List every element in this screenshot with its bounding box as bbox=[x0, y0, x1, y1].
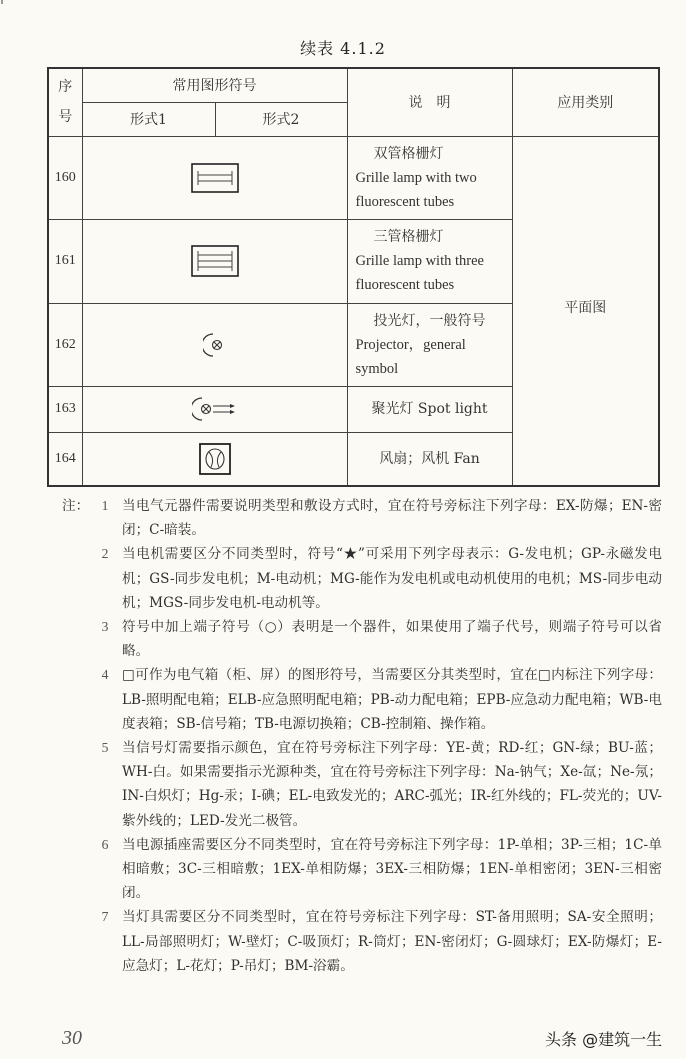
note-text: □可作为电气箱（柜、屏）的图形符号，当需要区分其类型时，宜在□内标注下列字母：L… bbox=[122, 663, 662, 736]
projector-lamp-icon bbox=[83, 331, 347, 359]
header-form2: 形式2 bbox=[215, 102, 347, 136]
note-number: 3 bbox=[98, 615, 112, 639]
note-item: 5 当信号灯需要指示颜色，宜在符号旁标注下列字母：YE-黄；RD-红；GN-绿；… bbox=[62, 736, 662, 833]
note-number: 2 bbox=[98, 542, 112, 566]
note-item: 注： 1 当电气元器件需要说明类型和敷设方式时，宜在符号旁标注下列字母：EX-防… bbox=[62, 494, 662, 542]
note-number: 1 bbox=[98, 494, 112, 518]
row-description: 投光灯，一般符号 Projector，general symbol bbox=[347, 303, 512, 386]
row-number: 161 bbox=[48, 219, 82, 303]
note-text: 当信号灯需要指示颜色，宜在符号旁标注下列字母：YE-黄；RD-红；GN-绿；BU… bbox=[122, 736, 662, 833]
header-symbols: 常用图形符号 bbox=[82, 68, 347, 102]
header-seq-line2: 号 bbox=[58, 109, 72, 125]
note-number: 5 bbox=[98, 736, 112, 760]
note-text: 符号中加上端子符号（○）表明是一个器件，如果使用了端子代号，则端子符号可以省略。 bbox=[122, 615, 662, 663]
row-description: 聚光灯 Spot light bbox=[347, 386, 512, 432]
desc-english-line1: Grille lamp with three bbox=[356, 249, 512, 273]
spot-light-icon bbox=[83, 395, 347, 423]
watermark: 头条 @建筑一生 bbox=[545, 1027, 662, 1050]
row-description: 三管格栅灯 Grille lamp with three fluorescent… bbox=[347, 219, 512, 303]
header-form1: 形式1 bbox=[82, 102, 215, 136]
table-row: 160 双管格栅灯 Grille lamp with two fluoresce… bbox=[48, 136, 659, 219]
note-text: 当电机需要区分不同类型时，符号“★”可采用下列字母表示：G-发电机；GP-永磁发… bbox=[122, 542, 662, 615]
note-item: 6 当电源插座需要区分不同类型时，宜在符号旁标注下列字母：1P-单相；3P-三相… bbox=[62, 833, 662, 906]
desc-chinese: 投光灯，一般符号 bbox=[356, 309, 512, 333]
table-title: 续表 4.1.2 bbox=[0, 36, 686, 59]
note-item: 4 □可作为电气箱（柜、屏）的图形符号，当需要区分其类型时，宜在□内标注下列字母… bbox=[62, 663, 662, 736]
note-item: 3 符号中加上端子符号（○）表明是一个器件，如果使用了端子代号，则端子符号可以省… bbox=[62, 615, 662, 663]
note-number: 6 bbox=[98, 833, 112, 857]
row-number: 162 bbox=[48, 303, 82, 386]
note-text: 当电源插座需要区分不同类型时，宜在符号旁标注下列字母：1P-单相；3P-三相；1… bbox=[122, 833, 662, 906]
row-description: 风扇；风机 Fan bbox=[347, 432, 512, 486]
note-item: 2 当电机需要区分不同类型时，符号“★”可采用下列字母表示：G-发电机；GP-永… bbox=[62, 542, 662, 615]
note-number: 4 bbox=[98, 663, 112, 687]
note-item: 7 当灯具需要区分不同类型时，宜在符号旁标注下列字母：ST-备用照明；SA-安全… bbox=[62, 905, 662, 978]
header-description: 说 明 bbox=[347, 68, 512, 136]
page-number: 30 bbox=[62, 1027, 82, 1050]
desc-chinese: 双管格栅灯 bbox=[356, 142, 512, 166]
row-number: 160 bbox=[48, 136, 82, 219]
desc-chinese: 三管格栅灯 bbox=[356, 225, 512, 249]
grille-lamp-three-tubes-icon bbox=[83, 245, 347, 277]
row-number: 164 bbox=[48, 432, 82, 486]
notes-label: 注： bbox=[62, 494, 96, 518]
fan-icon bbox=[83, 443, 347, 475]
desc-english-line1: Grille lamp with two bbox=[356, 166, 512, 190]
note-text: 当灯具需要区分不同类型时，宜在符号旁标注下列字母：ST-备用照明；SA-安全照明… bbox=[122, 905, 662, 978]
symbol-table: 序 号 常用图形符号 说 明 应用类别 形式1 形式2 160 双管格栅灯 bbox=[47, 67, 660, 487]
row-description: 双管格栅灯 Grille lamp with two fluorescent t… bbox=[347, 136, 512, 219]
header-category: 应用类别 bbox=[512, 68, 659, 136]
desc-english-line2: symbol bbox=[356, 357, 512, 381]
row-number: 163 bbox=[48, 386, 82, 432]
grille-lamp-two-tubes-icon bbox=[83, 163, 347, 193]
header-seq-line1: 序 bbox=[58, 79, 72, 95]
desc-english-line2: fluorescent tubes bbox=[356, 273, 512, 297]
header-seq: 序 号 bbox=[48, 68, 82, 136]
notes-section: 注： 1 当电气元器件需要说明类型和敷设方式时，宜在符号旁标注下列字母：EX-防… bbox=[62, 494, 662, 978]
note-number: 7 bbox=[98, 905, 112, 929]
scan-mark bbox=[1, 0, 3, 4]
note-text: 当电气元器件需要说明类型和敷设方式时，宜在符号旁标注下列字母：EX-防爆；EN-… bbox=[122, 494, 662, 542]
category-cell: 平面图 bbox=[512, 136, 659, 486]
desc-english-line1: Projector，general bbox=[356, 333, 512, 357]
desc-english-line2: fluorescent tubes bbox=[356, 190, 512, 214]
